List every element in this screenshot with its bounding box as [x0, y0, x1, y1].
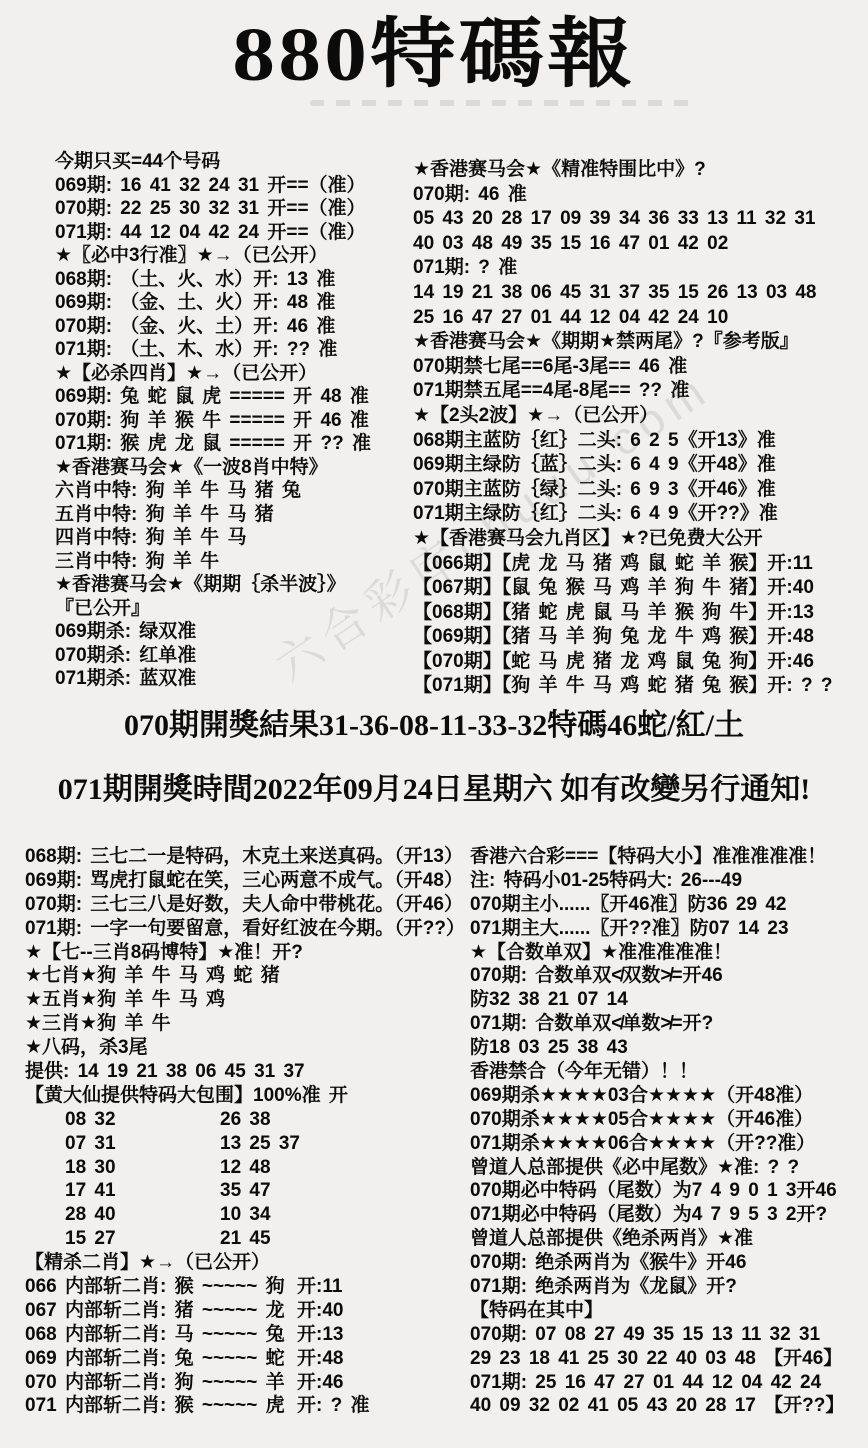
text-line: 070期: 22 25 30 32 31 开==（准） — [55, 197, 420, 221]
text-line: 曾道人总部提供《必中尾数》★准: ? ? — [470, 1156, 865, 1180]
zhan-row-result: 开:48 — [297, 1347, 343, 1371]
text-line: 070期: 46 准 — [413, 183, 861, 208]
text-line: ★七肖★狗 羊 牛 马 鸡 蛇 猪 — [25, 964, 473, 988]
text-line: 071期: 25 16 47 27 01 44 12 04 42 24 — [470, 1371, 865, 1395]
text-line: ★【香港赛马会九肖区】★?已免费大公开 — [413, 527, 861, 552]
text-line: 070期杀: 红单准 — [55, 644, 420, 668]
text-line: 【黄大仙提供特码大包围】100%准 开 — [25, 1084, 473, 1108]
text-line: 071期: ? 准 — [413, 256, 861, 281]
zhan-row: 069 内部斩二肖: 兔 ~~~~~ 蛇 开:48 — [25, 1347, 473, 1371]
text-line: 五肖中特: 狗 羊 牛 马 猪 — [55, 503, 420, 527]
number-pair-row: 07 31 13 25 37 — [25, 1132, 473, 1156]
text-line: 『已公开』 — [55, 597, 420, 621]
text-line: 068期: （土、火、水）开: 13 准 — [55, 268, 420, 292]
pair-right: 35 47 — [220, 1179, 271, 1203]
text-line: 069期: 骂虎打鼠蛇在笑，三心两意不成气。（开48） — [25, 869, 473, 893]
pair-right: 21 45 — [220, 1227, 271, 1251]
text-line: 070期: 三七三八是好数，夫人命中带桃花。（开46） — [25, 893, 473, 917]
text-line: ★【必杀四肖】★→（已公开） — [55, 362, 420, 386]
text-line: 069期杀★★★★03合★★★★（开48准） — [470, 1084, 865, 1108]
text-line: 069期主绿防｛蓝｝二头: 6 4 9《开48》准 — [413, 453, 861, 478]
number-coverage-table: 08 32 26 38 07 31 13 25 37 18 30 12 48 1… — [25, 1108, 473, 1251]
text-line: 40 09 32 02 41 05 43 20 28 17 【开??】 — [470, 1394, 865, 1418]
zhan-row-left: 071 内部斩二肖: 猴 ~~~~~ 虎 — [25, 1395, 285, 1416]
text-line: 070期禁七尾==6尾-3尾== 46 准 — [413, 355, 861, 380]
number-pair-row: 18 30 12 48 — [25, 1156, 473, 1180]
text-line: 069期: 兔 蛇 鼠 虎 ===== 开 48 准 — [55, 385, 420, 409]
text-line: 【069期】【猪 马 羊 狗 兔 龙 牛 鸡 猴】开:48 — [413, 625, 861, 650]
zhan-row-left: 067 内部斩二肖: 猪 ~~~~~ 龙 — [25, 1300, 285, 1321]
text-line: ★〖必中3行准〗★→（已公开） — [55, 244, 420, 268]
text-line: 防32 38 21 07 14 — [470, 988, 865, 1012]
text-line: 070期: （金、火、土）开: 46 准 — [55, 315, 420, 339]
text-line: 14 19 21 38 06 45 31 37 35 15 26 13 03 4… — [413, 281, 861, 306]
text-line: 【071期】【狗 羊 牛 马 鸡 蛇 猪 兔 猴】开: ? ? — [413, 674, 861, 699]
text-line: 40 03 48 49 35 15 16 47 01 42 02 — [413, 232, 861, 257]
text-line: 05 43 20 28 17 09 39 34 36 33 13 11 32 3… — [413, 207, 861, 232]
zhan-row: 071 内部斩二肖: 猴 ~~~~~ 虎 开: ? 准 — [25, 1394, 473, 1418]
pair-right: 13 25 37 — [220, 1132, 300, 1156]
text-line: 注: 特码小01-25特码大: 26---49 — [470, 869, 865, 893]
text-line: 070期: 合数单双≮双数≯=开46 — [470, 964, 865, 988]
text-line: 071期: （土、木、水）开: ?? 准 — [55, 338, 420, 362]
text-line: 三肖中特: 狗 羊 牛 — [55, 550, 420, 574]
text-line: 070期主小......〖开46准〗防36 29 42 — [470, 893, 865, 917]
zhan-row-left: 068 内部斩二肖: 马 ~~~~~ 兔 — [25, 1324, 285, 1345]
text-line: 070期: 07 08 27 49 35 15 13 11 32 31 — [470, 1323, 865, 1347]
text-line: ★香港赛马会★《期期｛杀半波｝》 — [55, 573, 420, 597]
text-line: 29 23 18 41 25 30 22 40 03 48 【开46】 — [470, 1347, 865, 1371]
bottom-left-lines: 068期: 三七二一是特码，木克土来送真码。（开13）069期: 骂虎打鼠蛇在笑… — [25, 845, 473, 1108]
zhan-row: 066 内部斩二肖: 猴 ~~~~~ 狗 开:11 — [25, 1275, 473, 1299]
text-line: 070期: 狗 羊 猴 牛 ===== 开 46 准 — [55, 409, 420, 433]
zhan-row: 068 内部斩二肖: 马 ~~~~~ 兔 开:13 — [25, 1323, 473, 1347]
text-line: 071期: 绝杀两肖为《龙鼠》开? — [470, 1275, 865, 1299]
pair-right: 10 34 — [220, 1203, 271, 1227]
text-line: 六肖中特: 狗 羊 牛 马 猪 兔 — [55, 479, 420, 503]
text-line: ★五肖★狗 羊 牛 马 鸡 — [25, 988, 473, 1012]
text-line: 【066期】【虎 龙 马 猪 鸡 鼠 蛇 羊 猴】开:11 — [413, 552, 861, 577]
text-line: 071期主绿防｛红｝二头: 6 4 9《开??》准 — [413, 502, 861, 527]
text-line: 今期只买=44个号码 — [55, 150, 420, 174]
text-line: 【特码在其中】 — [470, 1299, 865, 1323]
text-line: 25 16 47 27 01 44 12 04 42 24 10 — [413, 306, 861, 331]
zhan-row-result: 开:11 — [297, 1275, 342, 1299]
pair-right: 26 38 — [220, 1108, 271, 1132]
number-pair-row: 28 40 10 34 — [25, 1203, 473, 1227]
text-line: 四肖中特: 狗 羊 牛 马 — [55, 526, 420, 550]
pair-left: 07 31 — [65, 1132, 116, 1156]
top-right-column: ★香港赛马会★《精准特围比中》?070期: 46 准05 43 20 28 17… — [413, 158, 861, 699]
text-line: 070期主蓝防｛绿｝二头: 6 9 3《开46》准 — [413, 478, 861, 503]
text-line: 071期: 44 12 04 42 24 开==（准） — [55, 221, 420, 245]
text-line: 071期必中特码（尾数）为4 7 9 5 3 2开? — [470, 1203, 865, 1227]
draw-result-banner: 070期開獎結果31-36-08-11-33-32特碼46蛇/紅/土 — [0, 706, 868, 746]
text-line: 【068期】【猪 蛇 虎 鼠 马 羊 猴 狗 牛】开:13 — [413, 601, 861, 626]
text-line: ★香港赛马会★《一波8肖中特》 — [55, 456, 420, 480]
zhan-row-left: 066 内部斩二肖: 猴 ~~~~~ 狗 — [25, 1276, 285, 1297]
pair-left: 08 32 — [65, 1108, 116, 1132]
text-line: 070期: 绝杀两肖为《猴牛》开46 — [470, 1251, 865, 1275]
zhan-row-result: 开:46 — [297, 1371, 343, 1395]
text-line: 070期必中特码（尾数）为7 4 9 0 1 3开46 — [470, 1179, 865, 1203]
bottom-left-column: 068期: 三七二一是特码，木克土来送真码。（开13）069期: 骂虎打鼠蛇在笑… — [25, 845, 473, 1418]
pair-left: 28 40 — [65, 1203, 116, 1227]
text-line: 071期杀: 蓝双准 — [55, 667, 420, 691]
text-line: 070期杀★★★★05合★★★★（开46准） — [470, 1108, 865, 1132]
text-line: 069期: （金、土、火）开: 48 准 — [55, 291, 420, 315]
text-line: 防18 03 25 38 43 — [470, 1036, 865, 1060]
text-line: 香港六合彩===【特码大小】准准准准准！ — [470, 845, 865, 869]
bottom-right-column: 香港六合彩===【特码大小】准准准准准！注: 特码小01-25特码大: 26--… — [470, 845, 865, 1418]
number-pair-row: 15 27 21 45 — [25, 1227, 473, 1251]
text-line: ★【合数单双】★准准准准准！ — [470, 941, 865, 965]
number-pair-row: 08 32 26 38 — [25, 1108, 473, 1132]
title-smudge-artifact — [310, 100, 700, 106]
text-line: 071期: 一字一句要留意，看好红波在今期。（开??） — [25, 917, 473, 941]
text-line: 071期: 合数单双≮单数≯=开? — [470, 1012, 865, 1036]
text-line: 071期禁五尾==4尾-8尾== ?? 准 — [413, 379, 861, 404]
zhan-row-left: 070 内部斩二肖: 狗 ~~~~~ 羊 — [25, 1372, 285, 1393]
text-line: ★香港赛马会★《期期★禁两尾》?『参考版』 — [413, 330, 861, 355]
text-line: 071期杀★★★★06合★★★★（开??准） — [470, 1132, 865, 1156]
zhan-row-result: 开:40 — [297, 1299, 343, 1323]
text-line: 068期主蓝防｛红｝二头: 6 2 5《开13》准 — [413, 429, 861, 454]
text-line: 071期: 猴 虎 龙 鼠 ===== 开 ?? 准 — [55, 432, 420, 456]
text-line: 提供: 14 19 21 38 06 45 31 37 — [25, 1060, 473, 1084]
text-line: 【070期】【蛇 马 虎 猪 龙 鸡 鼠 兔 狗】开:46 — [413, 650, 861, 675]
text-line: ★三肖★狗 羊 牛 — [25, 1012, 473, 1036]
text-line: 071期主大......〖开??准〗防07 14 23 — [470, 917, 865, 941]
text-line: 068期: 三七二一是特码，木克土来送真码。（开13） — [25, 845, 473, 869]
text-line: ★【七--三肖8码博特】★准！开? — [25, 941, 473, 965]
number-pair-row: 17 41 35 47 — [25, 1179, 473, 1203]
zhan-row-left: 069 内部斩二肖: 兔 ~~~~~ 蛇 — [25, 1348, 285, 1369]
text-line: 069期: 16 41 32 24 31 开==（准） — [55, 174, 420, 198]
zhan-row: 070 内部斩二肖: 狗 ~~~~~ 羊 开:46 — [25, 1371, 473, 1395]
section-header: 【精杀二肖】★→（已公开） — [25, 1251, 473, 1275]
text-line: 曾道人总部提供《绝杀两肖》★准 — [470, 1227, 865, 1251]
zhan-erxiao-table: 066 内部斩二肖: 猴 ~~~~~ 狗 开:11 067 内部斩二肖: 猪 ~… — [25, 1275, 473, 1418]
pair-left: 18 30 — [65, 1156, 116, 1180]
zhan-row-result: 开: ? 准 — [297, 1394, 370, 1418]
zhan-row-result: 开:13 — [297, 1323, 343, 1347]
text-line: ★香港赛马会★《精准特围比中》? — [413, 158, 861, 183]
text-line: 香港禁合（今年无错）！！ — [470, 1060, 865, 1084]
pair-right: 12 48 — [220, 1156, 271, 1180]
draw-time-banner: 071期開獎時間2022年09月24日星期六 如有改變另行通知! — [0, 770, 868, 810]
top-left-column: 今期只买=44个号码069期: 16 41 32 24 31 开==（准）070… — [55, 150, 420, 691]
page-title: 880特碼報 — [0, 12, 868, 98]
text-line: ★八码，杀3尾 — [25, 1036, 473, 1060]
pair-left: 17 41 — [65, 1179, 116, 1203]
text-line: 【067期】【鼠 兔 猴 马 鸡 羊 狗 牛 猪】开:40 — [413, 576, 861, 601]
zhan-row: 067 内部斩二肖: 猪 ~~~~~ 龙 开:40 — [25, 1299, 473, 1323]
text-line: 069期杀: 绿双准 — [55, 620, 420, 644]
pair-left: 15 27 — [65, 1227, 116, 1251]
text-line: ★【2头2波】★→（已公开） — [413, 404, 861, 429]
